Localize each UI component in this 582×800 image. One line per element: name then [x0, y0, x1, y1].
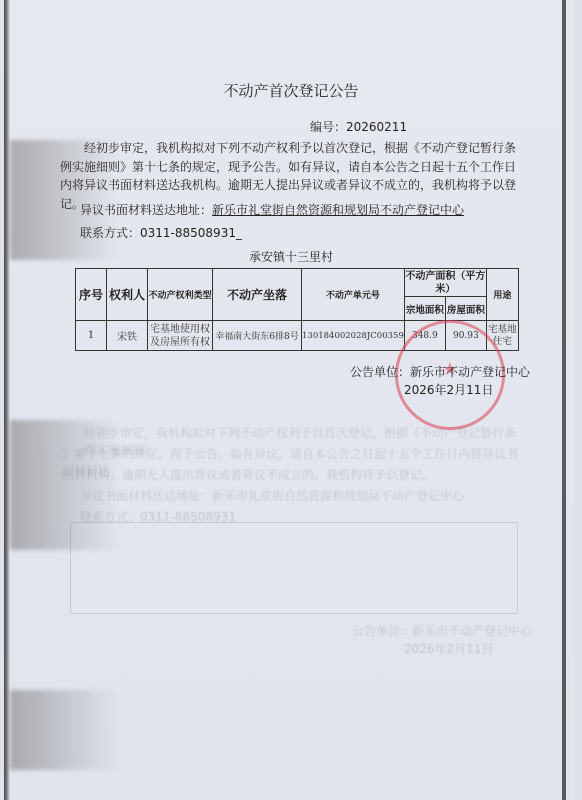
- contact-info: 联系方式：0311-88508931_: [80, 224, 242, 241]
- header-unit-no: 不动产单元号: [302, 269, 405, 321]
- contact-value: 0311-88508931_: [140, 226, 242, 240]
- cell-right-type: 宅基地使用权及房屋所有权: [148, 321, 213, 351]
- bleed-through-text: 2026年2月11日: [404, 640, 493, 657]
- document-title: 不动产首次登记公告: [0, 80, 582, 101]
- bleed-through-table: [70, 522, 518, 614]
- objection-address-label: 异议书面材料送达地址：: [80, 203, 212, 217]
- document-number: 编号：20260211: [310, 118, 407, 135]
- header-land-area: 宗地面积: [404, 297, 445, 321]
- publisher-label: 公告单位：: [350, 365, 410, 379]
- cell-seq: 1: [76, 321, 107, 351]
- header-usage: 用途: [486, 269, 518, 321]
- header-location: 不动产坐落: [213, 269, 302, 321]
- bleed-through-text: 异议书面材料送达地址：新乐市礼堂街自然资源和规划局不动产登记中心: [80, 487, 464, 504]
- cell-holder: 宋铁: [107, 321, 148, 351]
- objection-address-value: 新乐市礼堂街自然资源和规划局不动产登记中心: [212, 203, 464, 217]
- bleed-through-text: 公告单位：新乐市不动产登记中心: [352, 622, 532, 639]
- scan-edge-left: [4, 0, 10, 800]
- objection-address: 异议书面材料送达地址：新乐市礼堂街自然资源和规划局不动产登记中心: [80, 201, 464, 218]
- publish-date: 2026年2月11日: [404, 381, 493, 398]
- village-name: 承安镇十三里村: [0, 248, 582, 265]
- cell-location: 幸福南大街东6排8号: [213, 321, 302, 351]
- cell-unit-no: 130184002028JC00359: [302, 321, 405, 351]
- header-area-group: 不动产面积（平方米）: [404, 269, 486, 297]
- header-right-type: 不动产权利类型: [148, 269, 213, 321]
- header-holder: 权利人: [107, 269, 148, 321]
- header-seq: 序号: [76, 269, 107, 321]
- publisher-value: 新乐市不动产登记中心: [410, 365, 530, 379]
- bleed-through-text: 达我机构。逾期无人提出异议或者异议不成立的，我机构将予以登记。: [62, 466, 434, 483]
- contact-label: 联系方式：: [80, 226, 140, 240]
- publisher: 公告单位：新乐市不动产登记中心: [350, 363, 530, 380]
- scan-edge-right: [562, 0, 566, 800]
- scan-smudge: [10, 690, 120, 770]
- header-house-area: 房屋面积: [445, 297, 486, 321]
